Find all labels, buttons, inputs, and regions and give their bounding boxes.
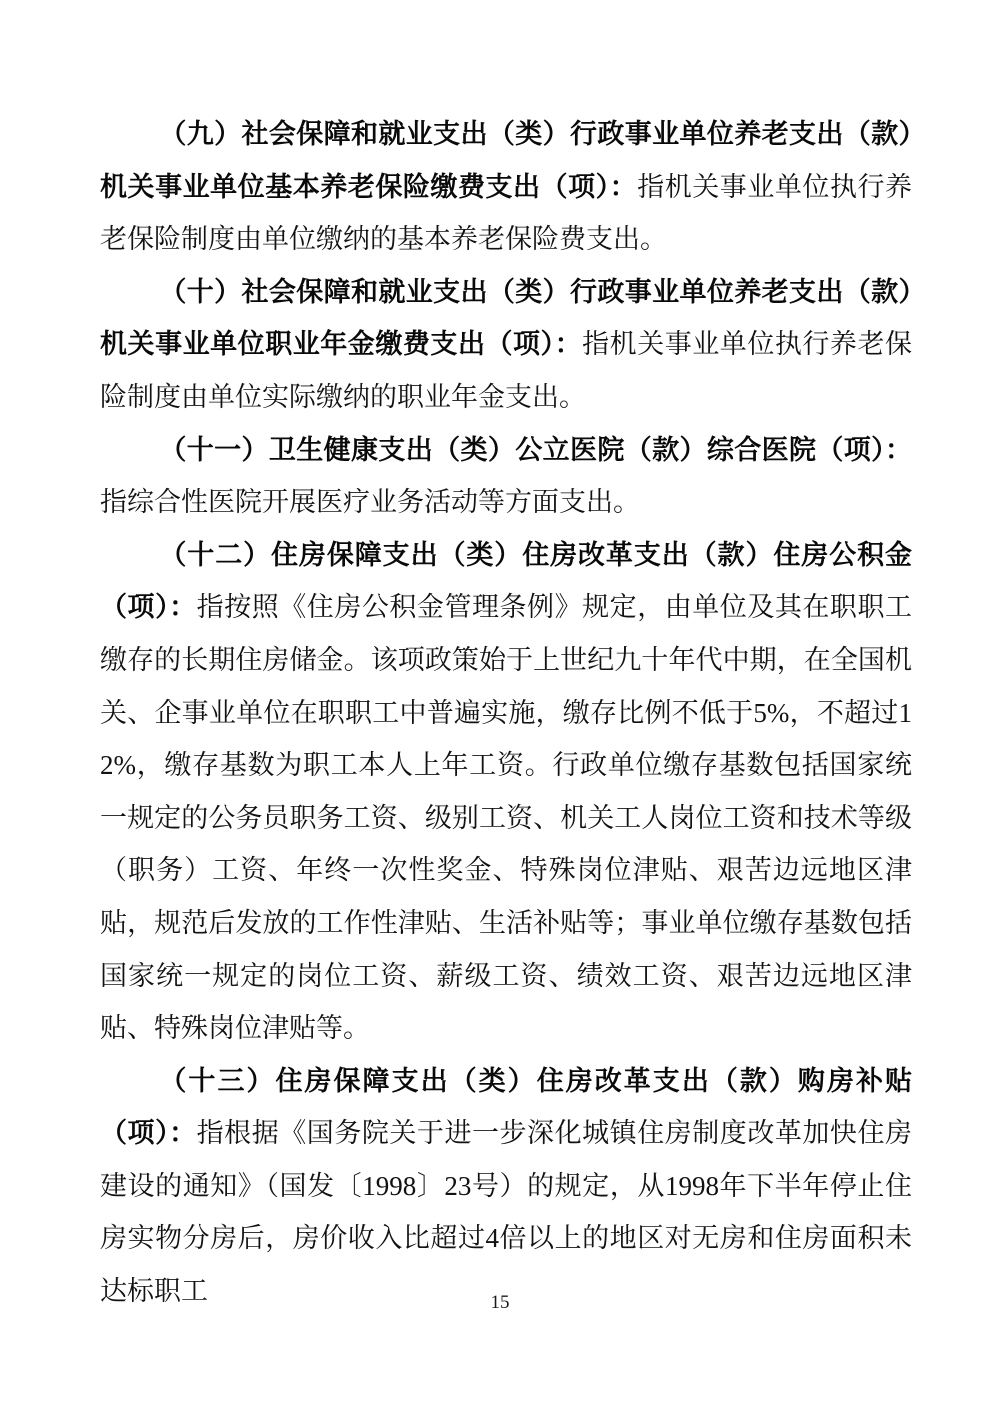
paragraph-clause-13: （十三）住房保障支出（类）住房改革支出（款）购房补贴（项）：指根据《国务院关于进… (100, 1055, 912, 1318)
document-page: { "document": { "background_color": "#ff… (0, 0, 1000, 1414)
page-number: 15 (0, 1291, 1000, 1315)
document-body: （九）社会保障和就业支出（类）行政事业单位养老支出（款）机关事业单位基本养老保险… (100, 108, 912, 1318)
clause-11-body: 指综合性医院开展医疗业务活动等方面支出。 (100, 487, 640, 517)
paragraph-clause-10: （十）社会保障和就业支出（类）行政事业单位养老支出（款）机关事业单位职业年金缴费… (100, 266, 912, 424)
clause-13-body: 指根据《国务院关于进一步深化城镇住房制度改革加快住房建设的通知》（国发〔1998… (100, 1118, 912, 1306)
paragraph-clause-12: （十二）住房保障支出（类）住房改革支出（款）住房公积金（项）：指按照《住房公积金… (100, 529, 912, 1055)
clause-12-body: 指按照《住房公积金管理条例》规定，由单位及其在职职工缴存的长期住房储金。该项政策… (100, 592, 912, 1043)
paragraph-clause-9: （九）社会保障和就业支出（类）行政事业单位养老支出（款）机关事业单位基本养老保险… (100, 108, 912, 266)
clause-11-heading: （十一）卫生健康支出（类）公立医院（款）综合医院（项）： (159, 435, 912, 465)
paragraph-clause-11: （十一）卫生健康支出（类）公立医院（款）综合医院（项）：指综合性医院开展医疗业务… (100, 424, 912, 529)
